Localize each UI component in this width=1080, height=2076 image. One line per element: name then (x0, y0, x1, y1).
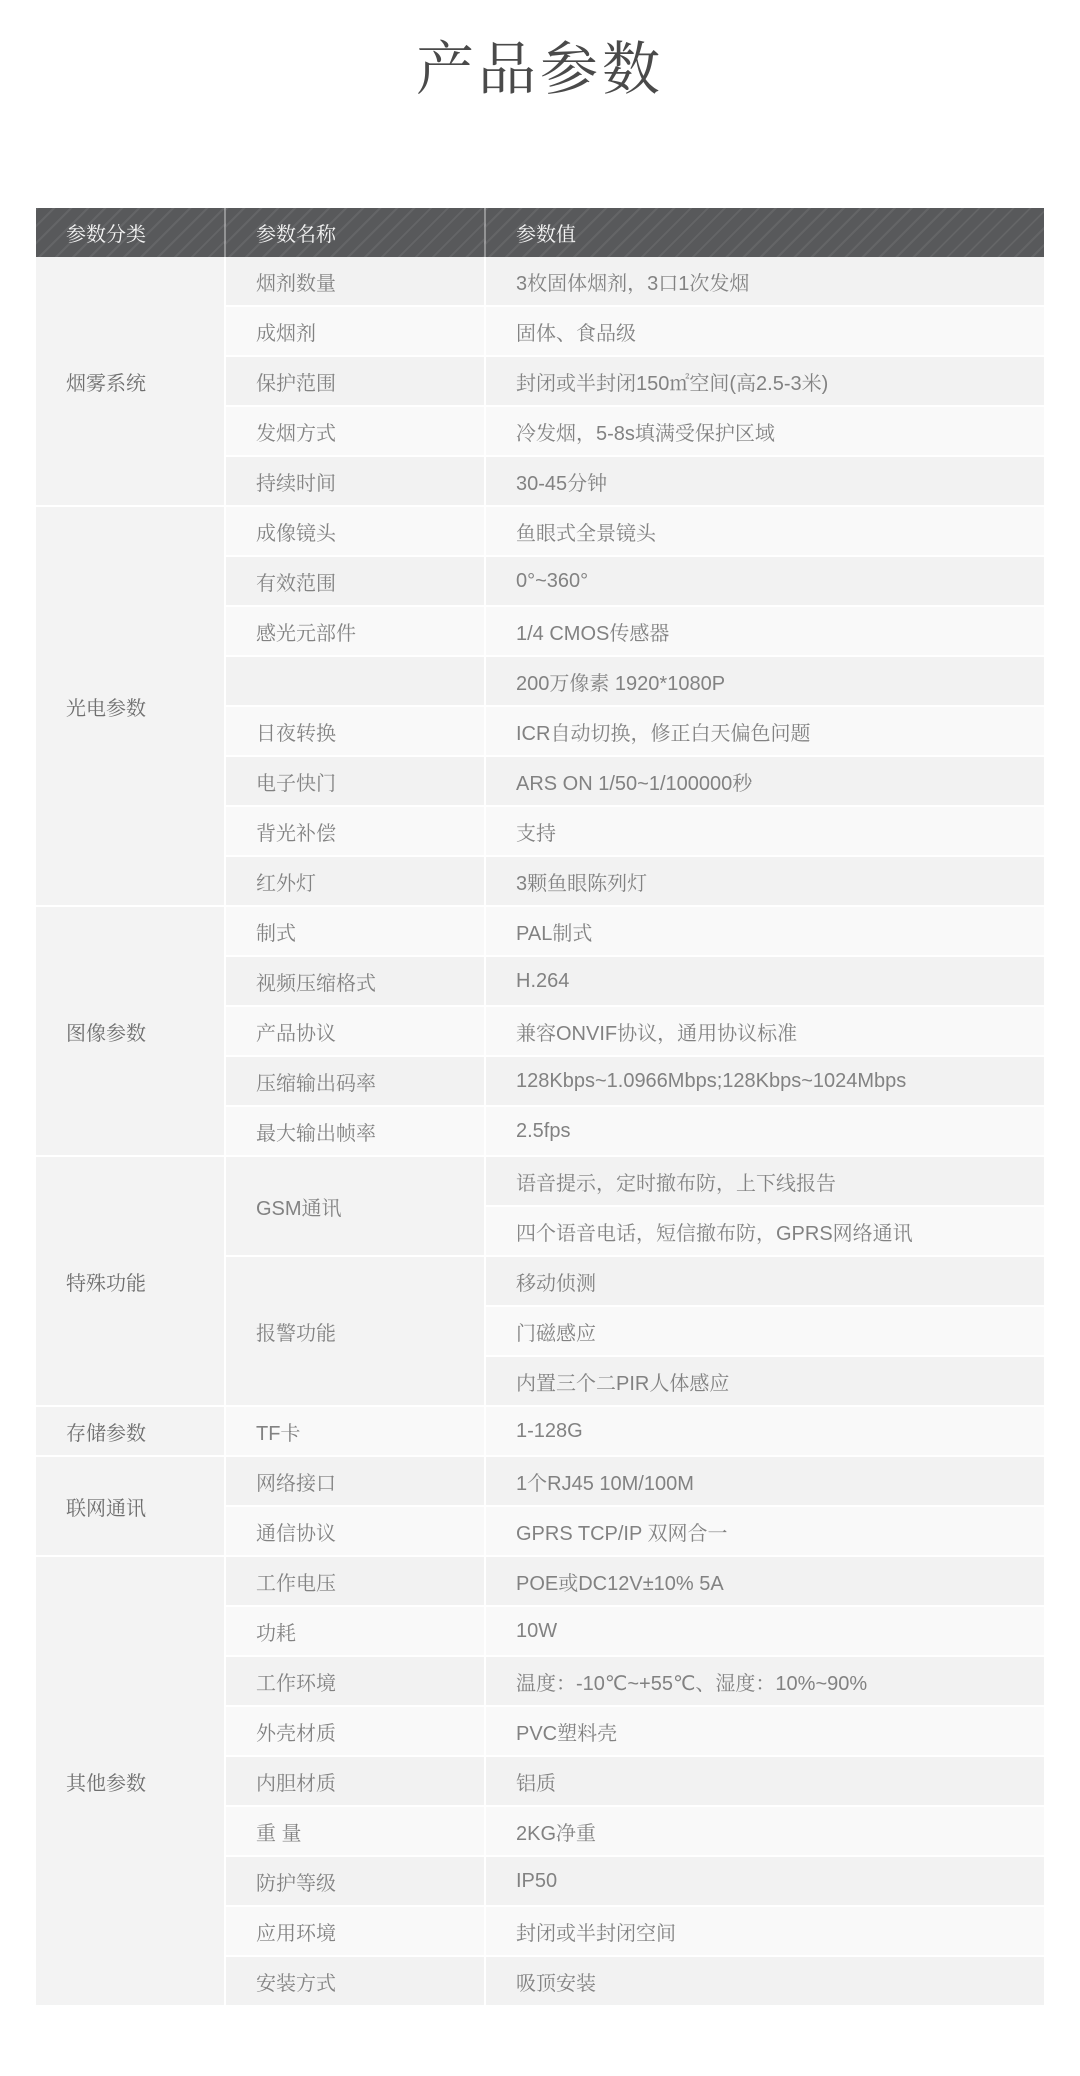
category-cell: 特殊功能 (36, 1157, 226, 1407)
param-name-cell: 通信协议 (226, 1507, 486, 1557)
param-value-cell: 封闭或半封闭空间 (486, 1907, 1044, 1957)
param-value-cell: 200万像素 1920*1080P (486, 657, 1044, 707)
param-value-cell: 30-45分钟 (486, 457, 1044, 507)
param-name-cell: 防护等级 (226, 1857, 486, 1907)
param-name-cell: 最大输出帧率 (226, 1107, 486, 1157)
param-name-cell: 保护范围 (226, 357, 486, 407)
param-name-cell: 压缩输出码率 (226, 1057, 486, 1107)
table-row: 图像参数制式PAL制式 (36, 907, 1044, 957)
table-row: 存储参数TF卡1-128G (36, 1407, 1044, 1457)
table-row: 联网通讯网络接口1个RJ45 10M/100M (36, 1457, 1044, 1507)
param-value-cell: ICR自动切换，修正白天偏色问题 (486, 707, 1044, 757)
table-row: 光电参数成像镜头鱼眼式全景镜头 (36, 507, 1044, 557)
column-header-value: 参数值 (486, 208, 1044, 257)
param-value-cell: 温度：-10℃~+55℃、湿度：10%~90% (486, 1657, 1044, 1707)
param-name-cell: 红外灯 (226, 857, 486, 907)
param-value-cell: 兼容ONVIF协议，通用协议标准 (486, 1007, 1044, 1057)
param-value-cell: 1-128G (486, 1407, 1044, 1457)
param-name-cell: 制式 (226, 907, 486, 957)
category-cell: 光电参数 (36, 507, 226, 907)
param-value-cell: 1个RJ45 10M/100M (486, 1457, 1044, 1507)
param-name-cell: 内胆材质 (226, 1757, 486, 1807)
page-title: 产品参数 (0, 34, 1080, 106)
param-value-cell: 10W (486, 1607, 1044, 1657)
param-name-cell: 工作环境 (226, 1657, 486, 1707)
param-value-cell: IP50 (486, 1857, 1044, 1907)
category-cell: 烟雾系统 (36, 257, 226, 507)
param-value-cell: PVC塑料壳 (486, 1707, 1044, 1757)
param-name-cell: 功耗 (226, 1607, 486, 1657)
param-name-cell: 发烟方式 (226, 407, 486, 457)
param-value-cell: 门磁感应 (486, 1307, 1044, 1357)
param-value-cell: 四个语音电话，短信撤布防，GPRS网络通讯 (486, 1207, 1044, 1257)
param-value-cell: PAL制式 (486, 907, 1044, 957)
param-name-cell: 有效范围 (226, 557, 486, 607)
param-value-cell: 2.5fps (486, 1107, 1044, 1157)
param-value-cell: ARS ON 1/50~1/100000秒 (486, 757, 1044, 807)
param-value-cell: 吸顶安装 (486, 1957, 1044, 2007)
param-name-cell: 报警功能 (226, 1257, 486, 1407)
param-value-cell: 0°~360° (486, 557, 1044, 607)
param-value-cell: 铝质 (486, 1757, 1044, 1807)
param-value-cell: GPRS TCP/IP 双网合一 (486, 1507, 1044, 1557)
param-value-cell: 固体、食品级 (486, 307, 1044, 357)
param-name-cell: 成烟剂 (226, 307, 486, 357)
column-header-name: 参数名称 (226, 208, 486, 257)
param-value-cell: H.264 (486, 957, 1044, 1007)
spec-table-body: 烟雾系统烟剂数量3枚固体烟剂，3口1次发烟成烟剂固体、食品级保护范围封闭或半封闭… (36, 257, 1044, 2007)
param-name-cell: 电子快门 (226, 757, 486, 807)
param-name-cell: 背光补偿 (226, 807, 486, 857)
param-name-cell: 重 量 (226, 1807, 486, 1857)
param-name-cell (226, 657, 486, 707)
param-name-cell: GSM通讯 (226, 1157, 486, 1257)
column-header-category: 参数分类 (36, 208, 226, 257)
param-value-cell: 1/4 CMOS传感器 (486, 607, 1044, 657)
param-name-cell: 持续时间 (226, 457, 486, 507)
param-name-cell: 外壳材质 (226, 1707, 486, 1757)
param-name-cell: 产品协议 (226, 1007, 486, 1057)
category-cell: 联网通讯 (36, 1457, 226, 1557)
param-value-cell: 2KG净重 (486, 1807, 1044, 1857)
param-name-cell: 日夜转换 (226, 707, 486, 757)
param-name-cell: 成像镜头 (226, 507, 486, 557)
param-name-cell: 工作电压 (226, 1557, 486, 1607)
param-value-cell: 3颗鱼眼陈列灯 (486, 857, 1044, 907)
category-cell: 其他参数 (36, 1557, 226, 2007)
param-value-cell: 封闭或半封闭150㎡空间(高2.5-3米) (486, 357, 1044, 407)
param-name-cell: 烟剂数量 (226, 257, 486, 307)
spec-table: 参数分类 参数名称 参数值 烟雾系统烟剂数量3枚固体烟剂，3口1次发烟成烟剂固体… (36, 208, 1044, 2007)
param-name-cell: 应用环境 (226, 1907, 486, 1957)
param-value-cell: 冷发烟，5-8s填满受保护区域 (486, 407, 1044, 457)
table-row: 特殊功能GSM通讯语音提示，定时撤布防，上下线报告 (36, 1157, 1044, 1207)
param-value-cell: POE或DC12V±10% 5A (486, 1557, 1044, 1607)
param-value-cell: 内置三个二PIR人体感应 (486, 1357, 1044, 1407)
param-value-cell: 3枚固体烟剂，3口1次发烟 (486, 257, 1044, 307)
param-name-cell: TF卡 (226, 1407, 486, 1457)
category-cell: 图像参数 (36, 907, 226, 1157)
table-row: 其他参数工作电压POE或DC12V±10% 5A (36, 1557, 1044, 1607)
param-name-cell: 感光元部件 (226, 607, 486, 657)
table-header-row: 参数分类 参数名称 参数值 (36, 208, 1044, 257)
product-parameters-page: 产品参数 参数分类 参数名称 参数值 烟雾系统烟剂数量3枚固体烟剂，3口1次发烟… (0, 0, 1080, 2076)
param-value-cell: 移动侦测 (486, 1257, 1044, 1307)
param-value-cell: 语音提示，定时撤布防，上下线报告 (486, 1157, 1044, 1207)
param-value-cell: 鱼眼式全景镜头 (486, 507, 1044, 557)
table-row: 烟雾系统烟剂数量3枚固体烟剂，3口1次发烟 (36, 257, 1044, 307)
param-name-cell: 网络接口 (226, 1457, 486, 1507)
category-cell: 存储参数 (36, 1407, 226, 1457)
param-value-cell: 128Kbps~1.0966Mbps;128Kbps~1024Mbps (486, 1057, 1044, 1107)
param-name-cell: 安装方式 (226, 1957, 486, 2007)
param-value-cell: 支持 (486, 807, 1044, 857)
param-name-cell: 视频压缩格式 (226, 957, 486, 1007)
